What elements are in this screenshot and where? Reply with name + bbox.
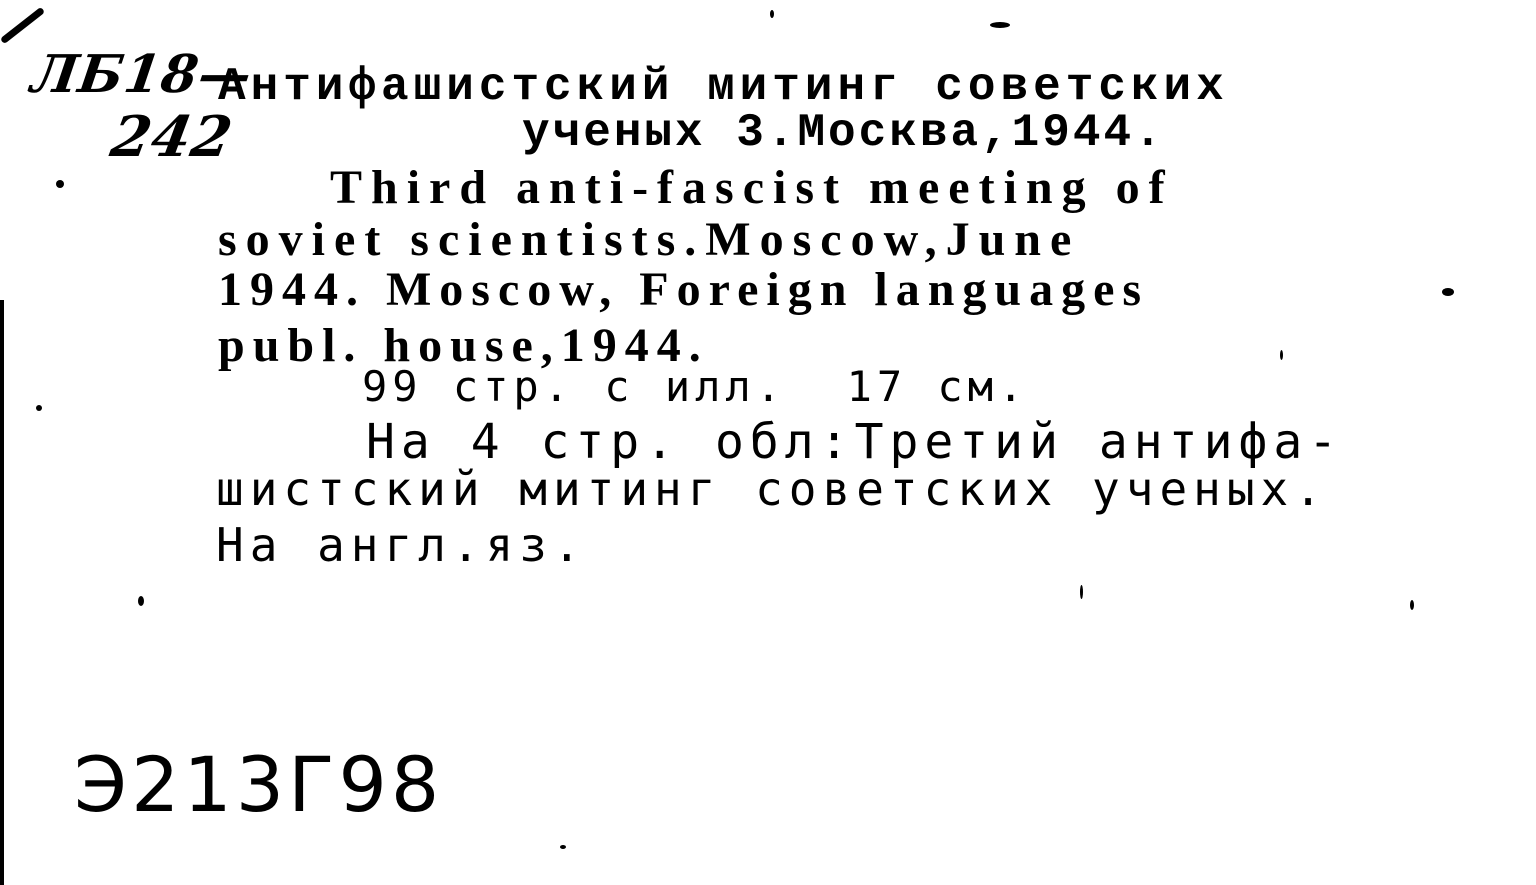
scan-speck (36, 405, 42, 411)
collation-line: 99 стр. с илл. 17 см. (362, 366, 1028, 408)
scan-speck (770, 10, 774, 18)
imprint-line-1: 1944. Moscow, Foreign languages (218, 266, 1149, 314)
note-line-2: шистский митинг советских ученых. (216, 466, 1328, 512)
catalog-card: ЛБ18— 242 Антифашистский митинг советски… (0, 0, 1536, 885)
handwritten-call-number-suffix: 242 (106, 104, 238, 170)
scan-speck (56, 180, 64, 188)
scan-speck (1280, 350, 1283, 360)
handwritten-inventory-number: Э213Г98 (74, 740, 443, 829)
title-english-line-1: Third anti-fascist meeting of (330, 164, 1174, 212)
scan-speck (990, 22, 1010, 28)
scan-speck (560, 845, 566, 849)
title-russian-line-1: Антифашистский митинг советских (218, 64, 1229, 110)
card-edge-border (0, 300, 4, 885)
language-note: На англ.яз. (216, 522, 587, 568)
title-russian-line-2: ученых 3.Москва,1944. (522, 110, 1165, 156)
title-english-line-2: soviet scientists.Moscow,June (218, 216, 1080, 264)
scan-speck (138, 596, 144, 606)
scan-speck (1442, 288, 1454, 296)
corner-pen-mark (0, 7, 45, 45)
scan-speck (1080, 585, 1083, 599)
note-line-1: На 4 стр. обл:Третий антифа- (366, 418, 1343, 466)
scan-speck (1410, 600, 1414, 610)
